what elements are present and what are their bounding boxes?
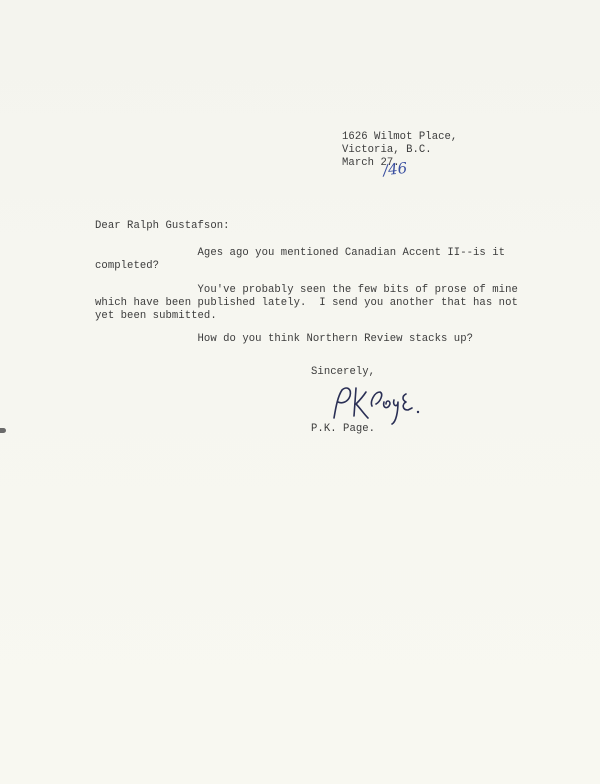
- paragraph-3-line-1: How do you think Northern Review stacks …: [95, 333, 473, 346]
- paragraph-1-line-1: Ages ago you mentioned Canadian Accent I…: [95, 247, 505, 260]
- paper-edge-mark: [0, 428, 6, 433]
- address-line-2: Victoria, B.C.: [342, 144, 432, 157]
- paragraph-1-line-2: completed?: [95, 260, 159, 273]
- paragraph-2-line-3: yet been submitted.: [95, 310, 217, 323]
- paragraph-2-line-2: which have been published lately. I send…: [95, 297, 518, 310]
- paragraph-2-line-1: You've probably seen the few bits of pro…: [95, 284, 518, 297]
- handwritten-year: /46: [382, 159, 408, 179]
- address-line-1: 1626 Wilmot Place,: [342, 131, 457, 144]
- closing: Sincerely,: [311, 366, 375, 379]
- salutation: Dear Ralph Gustafson:: [95, 220, 230, 233]
- letter-page: 1626 Wilmot Place, Victoria, B.C. March …: [0, 0, 600, 784]
- typed-name: P.K. Page.: [311, 423, 375, 436]
